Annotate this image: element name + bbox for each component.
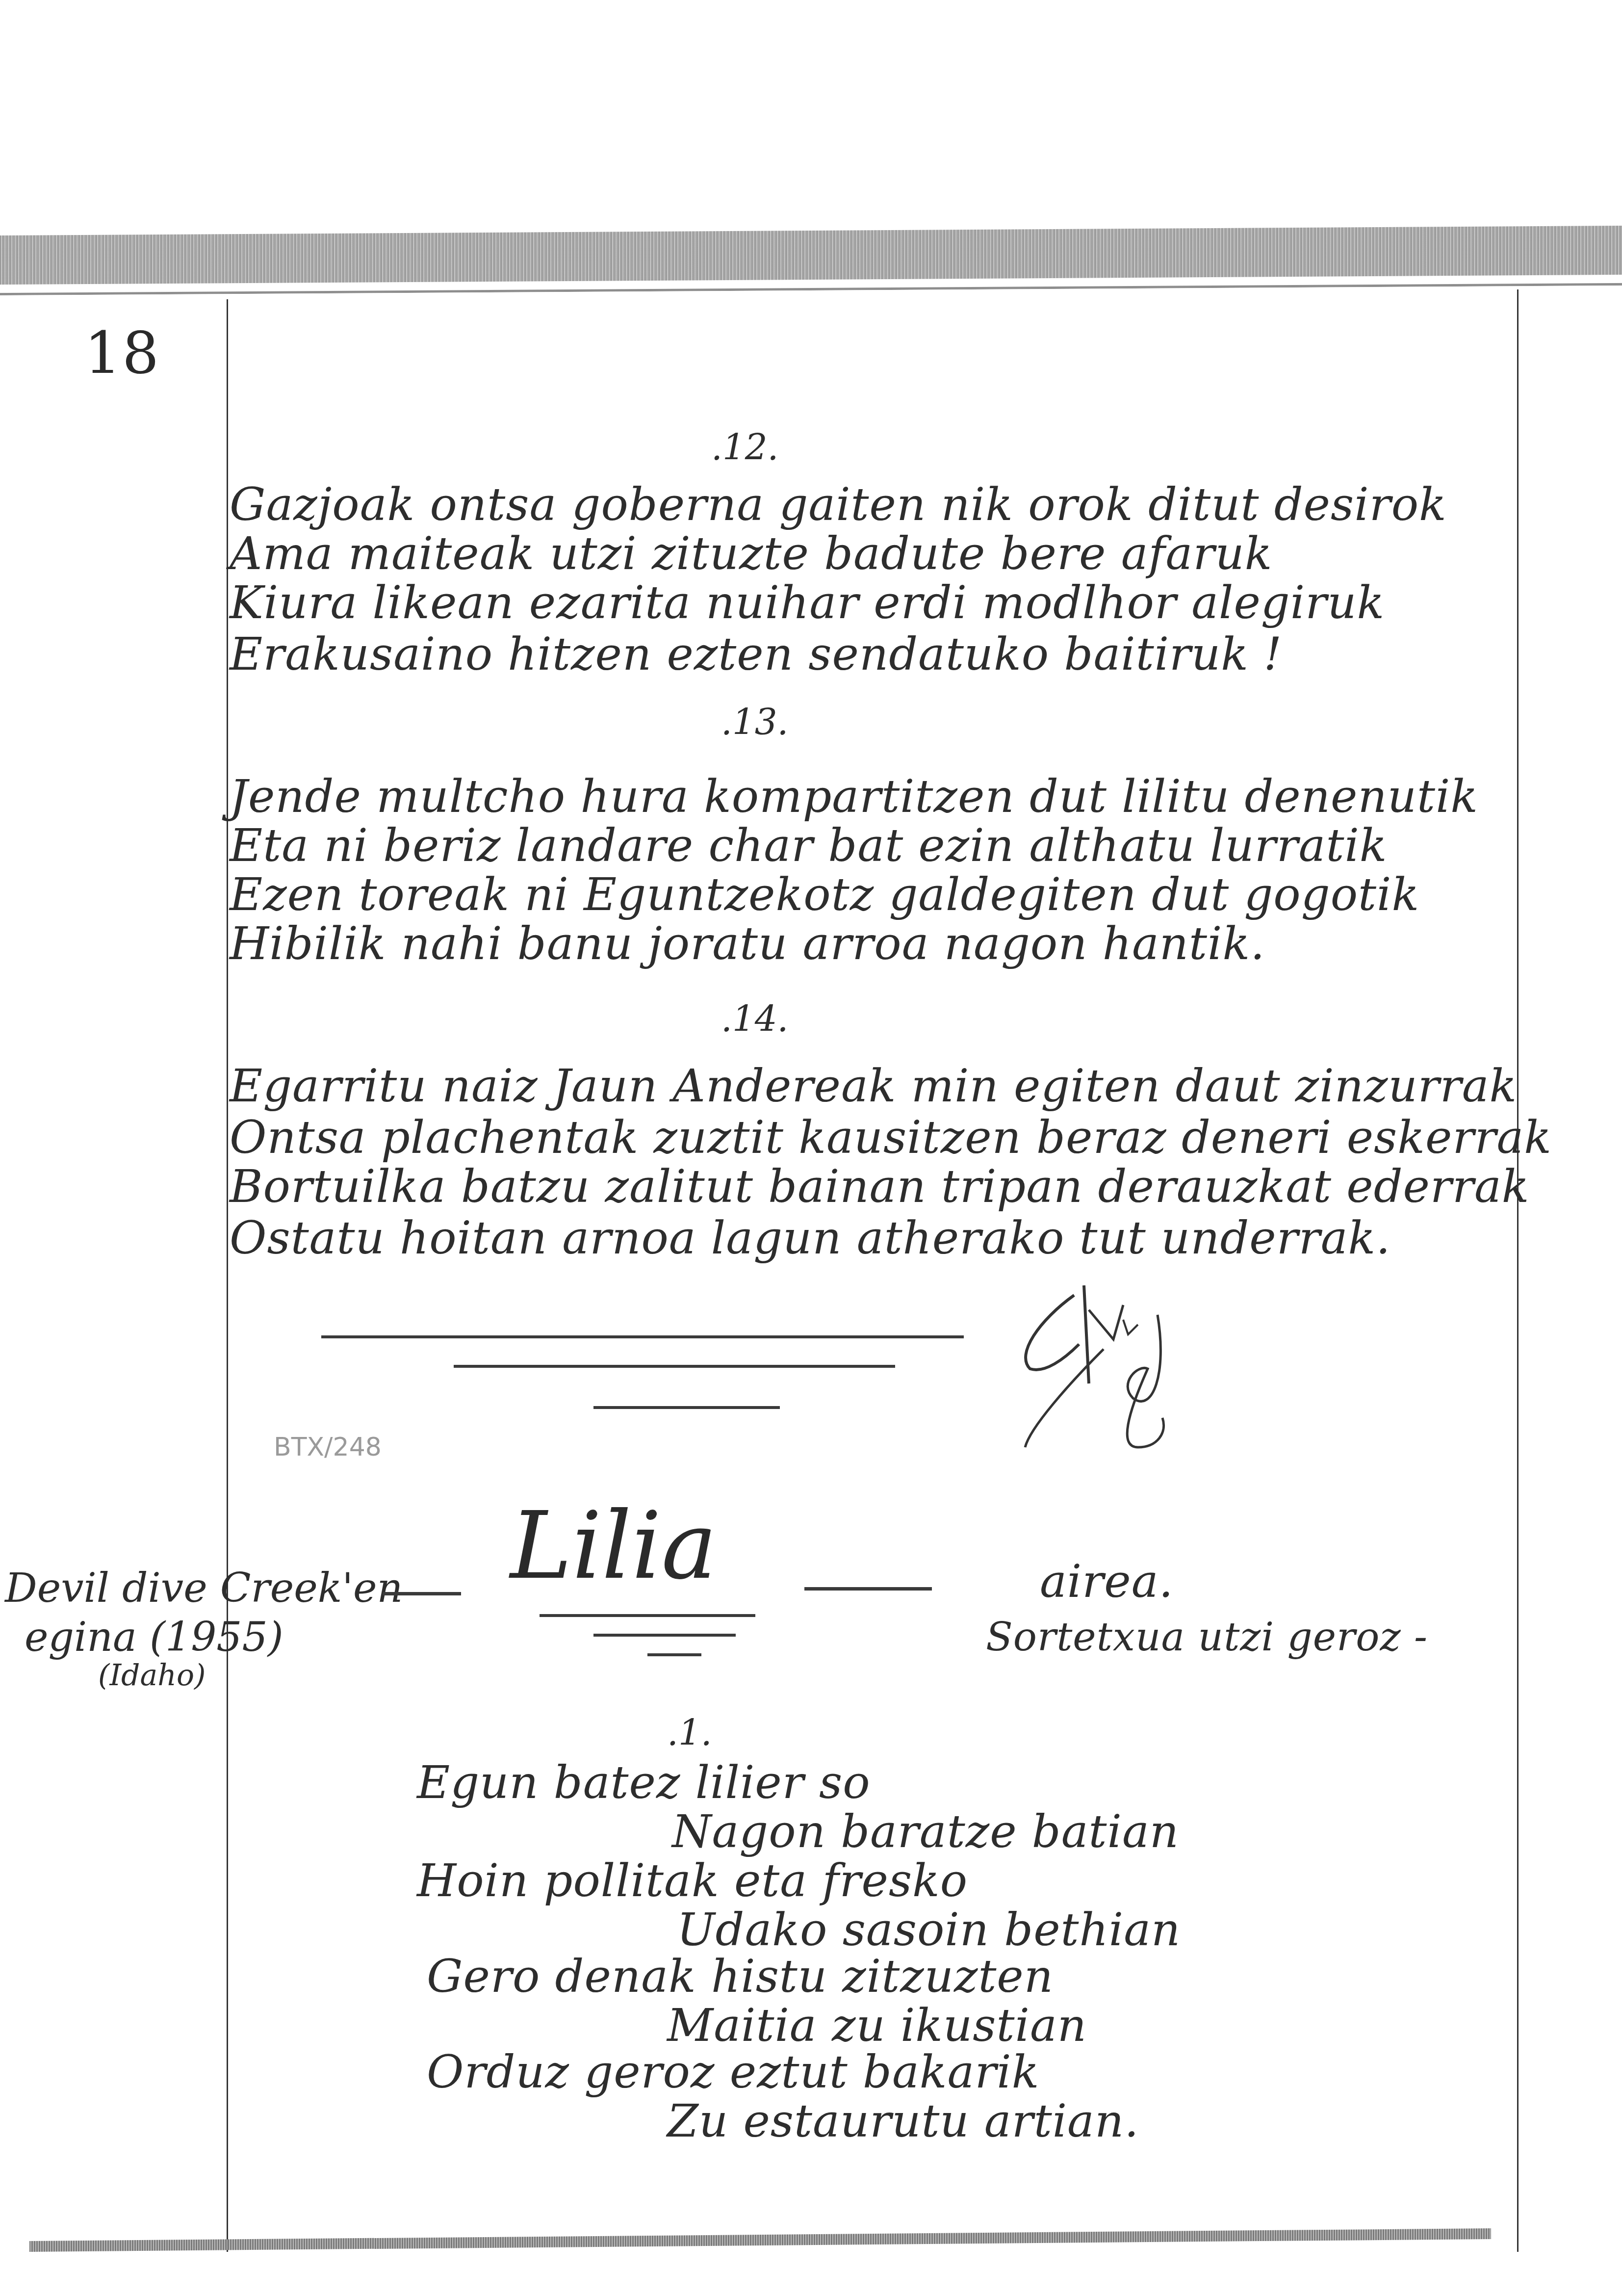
title-dash-left xyxy=(383,1592,461,1595)
end-divider-short xyxy=(593,1406,780,1409)
scan-edge-top xyxy=(0,226,1622,285)
scan-edge-bottom xyxy=(29,2228,1491,2252)
verse-line: Hoin pollitak eta fresko xyxy=(417,1854,968,1907)
margin-note-line: (Idaho) xyxy=(98,1658,206,1693)
margin-note-line: egina (1955) xyxy=(25,1614,283,1661)
verse-line: Maitia zu ikustian xyxy=(667,1999,1087,2052)
verse-line: Jende multcho hura kompartitzen dut lili… xyxy=(230,770,1478,823)
verse-line: Egun batez lilier so xyxy=(417,1756,871,1809)
verse-line: Ontsa plachentak zuztit kausitzen beraz … xyxy=(230,1111,1552,1164)
verse-line: Ostatu hoitan arnoa lagun atherako tut u… xyxy=(230,1212,1391,1264)
verse-line: Zu estaurutu artian. xyxy=(667,2095,1139,2147)
verse-line: Gazjoak ontsa goberna gaiten nik orok di… xyxy=(230,478,1447,531)
archive-stamp: BTX/248 xyxy=(274,1433,382,1462)
verse-line: Bortuilka batzu zalitut bainan tripan de… xyxy=(230,1160,1530,1213)
margin-rule-right xyxy=(1517,289,1519,2252)
verse-line: Erakusaino hitzen ezten sendatuko baitir… xyxy=(230,628,1282,680)
verse-line: Gero denak histu zitzuzten xyxy=(427,1950,1054,2003)
verse-line: Eta ni beriz landare char bat ezin altha… xyxy=(230,819,1388,872)
signature-icon xyxy=(1010,1285,1285,1462)
title-underline-long xyxy=(540,1614,755,1617)
stanza-number: .1. xyxy=(667,1712,712,1753)
title-underline-medium xyxy=(593,1634,736,1637)
title-dash-right xyxy=(804,1587,932,1591)
stanza-number: .13. xyxy=(721,702,788,743)
stanza-number: .12. xyxy=(711,427,778,468)
verse-line: Orduz geroz eztut bakarik xyxy=(427,2046,1040,2098)
end-divider-medium xyxy=(454,1365,895,1368)
air-label: airea. xyxy=(1040,1555,1174,1608)
title-underline-short xyxy=(647,1653,701,1656)
margin-rule-left xyxy=(227,299,228,2252)
verse-line: Kiura likean ezarita nuihar erdi modlhor… xyxy=(230,576,1385,629)
verse-line: Nagon baratze batian xyxy=(672,1805,1179,1858)
verse-line: Ama maiteak utzi zituzte badute bere afa… xyxy=(230,527,1272,580)
stanza-number: .14. xyxy=(721,998,788,1040)
margin-note-line: Devil dive Creek'en xyxy=(5,1565,403,1612)
verse-line: Udako sasoin bethian xyxy=(677,1904,1181,1956)
end-divider-long xyxy=(321,1335,964,1338)
air-note: Sortetxua utzi geroz - xyxy=(986,1614,1428,1660)
page-number: 18 xyxy=(84,319,160,387)
verse-line: Hibilik nahi banu joratu arroa nagon han… xyxy=(230,917,1265,970)
song-title: Lilia xyxy=(510,1491,717,1600)
verse-line: Ezen toreak ni Eguntzekotz galdegiten du… xyxy=(230,868,1419,921)
verse-line: Egarritu naiz Jaun Andereak min egiten d… xyxy=(230,1060,1517,1112)
